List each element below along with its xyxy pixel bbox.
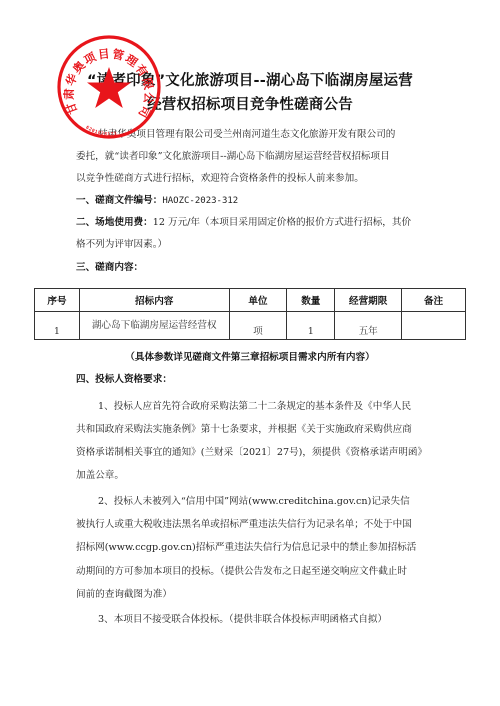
section-1-heading: 一、磋商文件编号： [76, 195, 162, 206]
req-1-line-1: 1、投标人应首先符合政府采购法第二十二条规定的基本条件及《中华人民 [98, 401, 411, 413]
cell-quantity: 1 [287, 312, 335, 340]
header-remarks: 备注 [402, 289, 466, 312]
table-header-row: 序号 招标内容 单位 数量 经营期限 备注 [35, 289, 466, 312]
header-serial: 序号 [35, 289, 80, 312]
header-content: 招标内容 [79, 289, 229, 312]
req-3-line-1: 3、本项目不接受联合体投标。（提供非联合体投标声明函格式自拟） [98, 614, 387, 626]
section-2-line-2: 格不列为评审因素。） [76, 239, 167, 251]
req-2-line-5: 间前的查询截图为准） [76, 589, 172, 601]
site-fee-value: 12 万元/年（本项目采用固定价格的报价方式进行招标，其价 [153, 217, 411, 228]
intro-line-2: 委托，就“读者印象”文化旅游项目--湖心岛下临湖房屋运营经营权招标项目 [76, 151, 390, 163]
cell-serial: 1 [35, 312, 80, 340]
intro-line-1: 甘肃华奥项目管理有限公司受兰州南河道生态文化旅游开发有限公司的 [98, 129, 395, 141]
cell-content: 湖心岛下临湖房屋运营经营权 [79, 312, 229, 340]
section-2-line-1: 二、场地使用费：12 万元/年（本项目采用固定价格的报价方式进行招标，其价 [76, 217, 411, 229]
title-line-2: 经营权招标项目竞争性磋商公告 [0, 93, 500, 114]
req-1-line-3: 资格承诺制相关事宜的通知》(兰财采〔2021〕27号)，须提供《资格承诺声明函》 [76, 447, 427, 459]
cell-remarks [402, 312, 466, 340]
document-page: “读者印象”文化旅游项目--湖心岛下临湖房屋运营 经营权招标项目竞争性磋商公告 … [0, 0, 500, 706]
section-2-heading: 二、场地使用费： [76, 217, 153, 228]
bid-content-table: 序号 招标内容 单位 数量 经营期限 备注 1 湖心岛下临湖房屋运营经营权 项 … [34, 288, 466, 340]
header-unit: 单位 [229, 289, 287, 312]
section-4-heading: 四、投标人资格要求： [76, 374, 172, 386]
file-number: HAOZC-2023-312 [162, 196, 238, 206]
header-quantity: 数量 [287, 289, 335, 312]
table-row: 1 湖心岛下临湖房屋运营经营权 项 1 五年 [35, 312, 466, 340]
req-2-line-3: 招标网(www.ccgp.gov.cn)招标严重违法失信行为信息记录中的禁止参加… [76, 542, 416, 554]
req-1-line-2: 共和国政府采购法实施条例》第十七条要求，并根据《关于实施政府采购供应商 [76, 424, 412, 436]
section-1: 一、磋商文件编号：HAOZC-2023-312 [76, 195, 238, 207]
req-2-line-4: 动期间的方可参加本项目的投标。（提供公告发布之日起至递交响应文件截止时 [76, 566, 407, 578]
req-2-line-2: 被执行人或重大税收违法黑名单或招标严重违法失信行为记录名单；不处于中国 [76, 519, 412, 531]
title-line-1: “读者印象”文化旅游项目--湖心岛下临湖房屋运营 [0, 69, 500, 90]
header-term: 经营期限 [335, 289, 402, 312]
section-3-heading: 三、磋商内容： [76, 262, 143, 274]
intro-line-3: 以竞争性磋商方式进行招标，欢迎符合资格条件的投标人前来参加。 [76, 173, 364, 185]
cell-unit: 项 [229, 312, 287, 340]
req-1-line-4: 加盖公章。 [76, 470, 124, 482]
table-note: （具体参数详见磋商文件第三章招标项目需求内所有内容） [0, 349, 500, 363]
cell-term: 五年 [335, 312, 402, 340]
req-2-line-1: 2、投标人未被列入“信用中国”网站(www.creditchina.gov.cn… [98, 496, 410, 508]
